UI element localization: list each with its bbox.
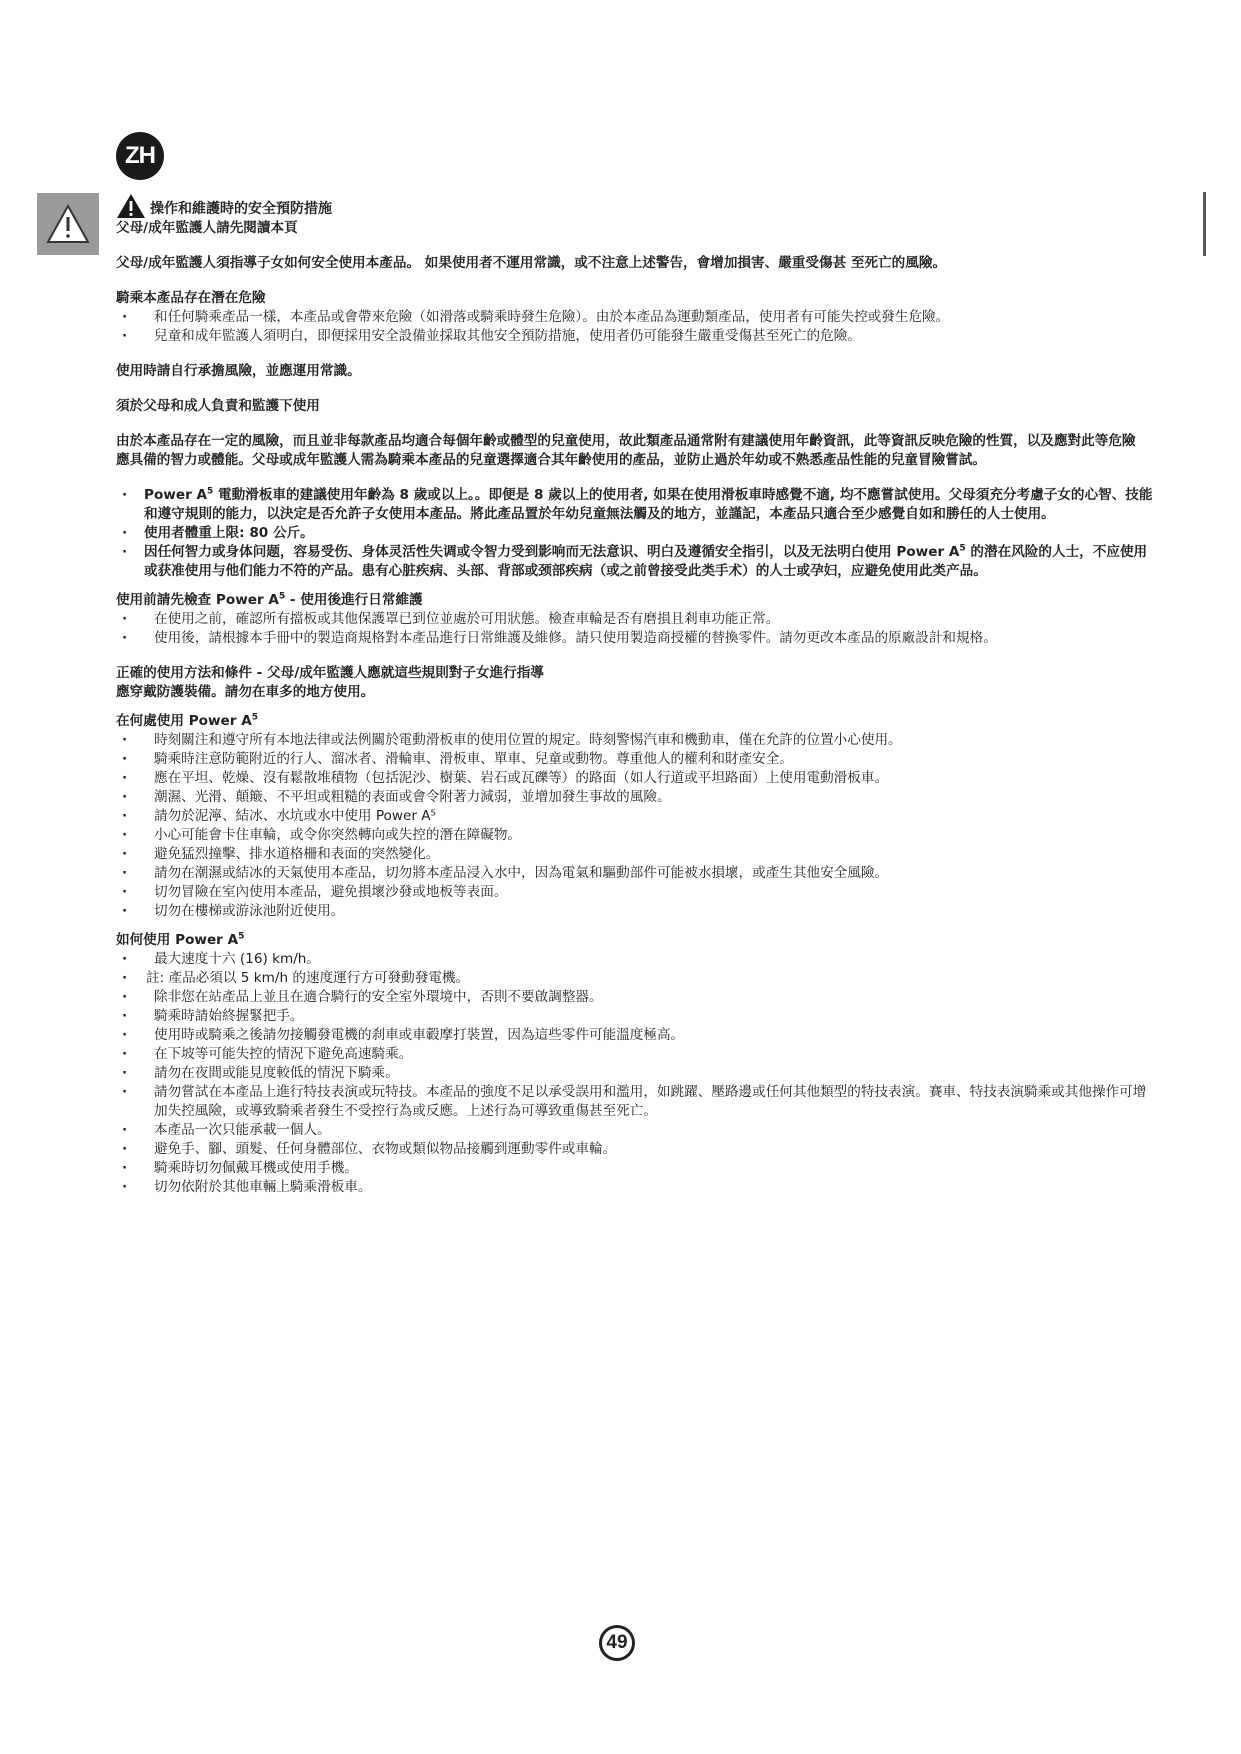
- supervision-statement: 須於父母和成人負責和監護下使用: [116, 397, 1156, 416]
- list-item: 兒童和成年監護人須明白，即便採用安全設備並採取其他安全預防措施，使用者仍可能發生…: [116, 327, 1156, 346]
- list-item: 時刻關注和遵守所有本地法律或法例關於電動滑板車的使用位置的規定。時刻警惕汽車和機…: [116, 731, 1156, 750]
- warning-triangle-icon: [45, 203, 91, 245]
- list-item: 請勿於泥濘、結冰、水坑或水中使用 Power A⁵: [116, 807, 1156, 826]
- risk-list: 和任何騎乘產品一樣，本產品或會帶來危險（如滑落或騎乘時發生危險）。由於本產品為運…: [116, 308, 1156, 346]
- list-item: 本產品一次只能承載一個人。: [116, 1121, 1156, 1140]
- list-item: 和任何騎乘產品一樣，本產品或會帶來危險（如滑落或騎乘時發生危險）。由於本產品為運…: [116, 308, 1156, 327]
- list-item: 除非您在站產品上並且在適合騎行的安全室外環境中，否則不要啟調整器。: [116, 988, 1156, 1007]
- list-item: 使用後，請根據本手冊中的製造商規格對本產品進行日常維護及維修。請只使用製造商授權…: [116, 629, 1156, 648]
- list-item: 小心可能會卡住車輪，或令你突然轉向或失控的潛在障礙物。: [116, 826, 1156, 845]
- list-item: 請勿在夜間或能見度較低的情況下騎乘。: [116, 1064, 1156, 1083]
- list-item: 騎乘時切勿佩戴耳機或使用手機。: [116, 1159, 1156, 1178]
- document-body: 操作和維護時的安全預防措施 父母/成年監護人請先閱讀本頁 父母/成年監護人須指導…: [116, 193, 1156, 1197]
- how-list: 最大速度十六 (16) km/h。 註: 產品必須以 5 km/h 的速度運行方…: [116, 950, 1156, 1197]
- list-item: 騎乘時注意防範附近的行人、溜冰者、滑輪車、滑板車、單車、兒童或動物。尊重他人的權…: [116, 750, 1156, 769]
- protective-gear-note: 應穿戴防護裝備。請勿在車多的地方使用。: [116, 683, 1156, 702]
- section-title: 操作和維護時的安全預防措施: [116, 193, 1156, 219]
- list-item: 註: 產品必須以 5 km/h 的速度運行方可發動發電機。: [116, 969, 1156, 988]
- proper-use-heading: 正確的使用方法和條件 - 父母/成年監護人應就這些規則對子女進行指導: [116, 664, 1156, 683]
- list-item: 最大速度十六 (16) km/h。: [116, 950, 1156, 969]
- list-item: 切勿在樓梯或游泳池附近使用。: [116, 902, 1156, 921]
- check-heading: 使用前請先檢查 Power A5 - 使用後進行日常維護: [116, 591, 1156, 610]
- language-badge: ZH: [116, 132, 164, 180]
- page-edge-rule: [1203, 192, 1206, 256]
- list-item: 避免手、腳、頭髮、任何身體部位、衣物或類似物品接觸到運動零件或車輪。: [116, 1140, 1156, 1159]
- age-paragraph: 由於本產品存在一定的風險，而且並非每款產品均適合每個年齡或體型的兒童使用，故此類…: [116, 432, 1136, 470]
- list-item: 請勿在潮濕或結冰的天氣使用本產品，切勿將本產品浸入水中，因為電氣和驅動部件可能被…: [116, 864, 1156, 883]
- warning-sidebar-icon: [37, 193, 99, 255]
- list-item: 在下坡等可能失控的情況下避免高速騎乘。: [116, 1045, 1156, 1064]
- intro-paragraph: 父母/成年監護人須指導子女如何安全使用本產品。 如果使用者不運用常識，或不注意上…: [116, 254, 1076, 273]
- how-heading: 如何使用 Power A5: [116, 931, 1156, 950]
- own-risk-statement: 使用時請自行承擔風險，並應運用常識。: [116, 362, 1156, 381]
- list-item: 騎乘時請始終握緊把手。: [116, 1007, 1156, 1026]
- list-item: 潮濕、光滑、顛簸、不平坦或粗糙的表面或會令附著力減弱，並增加發生事故的風險。: [116, 788, 1156, 807]
- where-heading: 在何處使用 Power A5: [116, 712, 1156, 731]
- check-list: 在使用之前，確認所有擋板或其他保護罩已到位並處於可用狀態。檢查車輪是否有磨損且剎…: [116, 610, 1156, 648]
- list-item: 切勿依附於其他車輛上騎乘滑板車。: [116, 1178, 1156, 1197]
- list-item: 避免猛烈撞擊、排水道格柵和表面的突然變化。: [116, 845, 1156, 864]
- page-title: 操作和維護時的安全預防措施: [150, 200, 332, 219]
- list-item: 在使用之前，確認所有擋板或其他保護罩已到位並處於可用狀態。檢查車輪是否有磨損且剎…: [116, 610, 1156, 629]
- list-item: Power A5 電動滑板車的建議使用年齡為 8 歲或以上。。即便是 8 歲以上…: [116, 486, 1156, 524]
- warning-icon: [116, 193, 146, 219]
- risk-heading: 騎乘本產品存在潛在危險: [116, 289, 1156, 308]
- list-item: 使用者體重上限: 80 公斤。: [116, 524, 1156, 543]
- page-subtitle: 父母/成年監護人請先閱讀本頁: [116, 219, 1156, 238]
- age-weight-list: Power A5 電動滑板車的建議使用年齡為 8 歲或以上。。即便是 8 歲以上…: [116, 486, 1156, 581]
- list-item: 應在平坦、乾燥、沒有鬆散堆積物（包括泥沙、樹葉、岩石或瓦礫等）的路面（如人行道或…: [116, 769, 1156, 788]
- list-item: 因任何智力或身体问题，容易受伤、身体灵活性失调或令智力受到影响而无法意识、明白及…: [116, 543, 1156, 581]
- where-list: 時刻關注和遵守所有本地法律或法例關於電動滑板車的使用位置的規定。時刻警惕汽車和機…: [116, 731, 1156, 921]
- list-item: 請勿嘗試在本產品上進行特技表演或玩特技。本產品的強度不足以承受誤用和濫用，如跳躍…: [116, 1083, 1156, 1121]
- list-item: 使用時或騎乘之後請勿接觸發電機的刹車或車轂摩打裝置，因為這些零件可能溫度極高。: [116, 1026, 1156, 1045]
- page-number: 49: [599, 1625, 635, 1661]
- list-item: 切勿冒險在室內使用本產品，避免損壞沙發或地板等表面。: [116, 883, 1156, 902]
